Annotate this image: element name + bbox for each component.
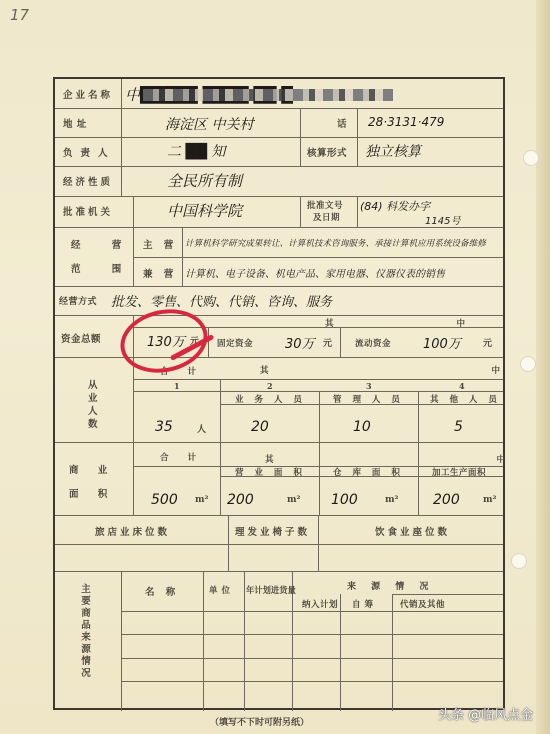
employees-label-3: 人 <box>88 403 98 417</box>
business-scope-label-2: 范 围 <box>71 261 135 275</box>
area-label-2: 面 积 <box>69 486 115 500</box>
accounting-form-value: 独立核算 <box>365 141 421 161</box>
enterprise-name-label: 企业名称 <box>63 87 113 101</box>
area-col-label-3: 仓 库 面 积 <box>333 466 404 478</box>
employees-of-which: 其 中 <box>260 364 550 376</box>
goods-name-header: 名 称 <box>145 584 179 598</box>
fixed-capital-value: 30万 <box>285 333 315 352</box>
goods-label-char: 情 <box>81 656 91 668</box>
area-warehouse-value: 100 <box>331 492 358 508</box>
working-capital-value: 100万 <box>423 333 461 352</box>
area-total-value: 500 <box>151 492 178 508</box>
capital-total-label: 资金总额 <box>61 331 101 345</box>
address-label: 地 址 <box>63 116 115 130</box>
goods-label-char: 品 <box>81 620 91 632</box>
goods-unit-header: 单 位 <box>209 584 230 596</box>
goods-label-char: 况 <box>81 668 91 680</box>
goods-label-char: 要 <box>81 596 91 608</box>
accounting-form-label: 核算形式 <box>307 145 347 159</box>
barber-chairs-label: 理发业椅子数 <box>235 524 310 538</box>
phone-label: 话 <box>337 116 347 130</box>
hotel-beds-label: 旅店业床位数 <box>95 524 170 538</box>
economic-nature-label: 经济性质 <box>63 174 113 188</box>
goods-label-char: 主 <box>81 584 91 596</box>
working-capital-label: 流动资金 <box>355 337 391 349</box>
goods-self-raised-header: 自 筹 <box>352 598 373 610</box>
area-col-label-4: 加工生产面积 <box>432 466 486 478</box>
employees-management-value: 10 <box>353 419 371 435</box>
secondary-business-value: 计算机、电子设备、机电产品、家用电器、仪器仪表的销售 <box>185 265 445 280</box>
area-col-label-2: 营 业 面 积 <box>235 466 306 478</box>
capital-of-which-label: 其 中 <box>325 317 525 329</box>
secondary-business-label: 兼 营 <box>143 266 177 280</box>
employees-col-num-2: 2 <box>267 381 273 391</box>
approval-doc-label-1: 批准文号 <box>307 199 343 211</box>
approval-authority-value: 中国科学院 <box>167 200 242 221</box>
address-value: 海淀区 中关村 <box>165 114 253 134</box>
area-production-unit: m² <box>483 495 496 505</box>
goods-label-char: 商 <box>81 608 91 620</box>
business-mode-label: 经营方式 <box>59 294 97 307</box>
economic-nature-value: 全民所有制 <box>167 170 242 191</box>
phone-value: 28·3131·479 <box>368 115 444 129</box>
fixed-capital-unit: 元 <box>323 336 332 349</box>
main-business-label: 主 营 <box>143 237 177 251</box>
restaurant-seats-label: 饮食业座位数 <box>375 524 450 538</box>
approval-doc-label-2: 及日期 <box>313 211 340 223</box>
approval-doc-value-1: (84) 科发办字 <box>360 198 430 214</box>
approval-authority-label: 批准机关 <box>63 204 113 218</box>
watermark: 头条 @临风点金 <box>438 704 533 723</box>
footnote: （填写不下时可附另纸） <box>210 715 309 728</box>
employees-col-label-4: 其 他 人 员 <box>430 393 501 405</box>
person-in-charge-label: 负责人 <box>63 145 116 159</box>
employees-col-num-3: 3 <box>366 381 372 391</box>
employees-label-2: 业 <box>88 390 98 404</box>
area-label-1: 商 业 <box>69 462 115 476</box>
area-total-header: 合 计 <box>160 451 204 463</box>
goods-consignment-header: 代销及其他 <box>400 598 445 610</box>
goods-label-char: 来 <box>81 632 91 644</box>
main-business-value: 计算机科学研究成果转让、计算机技术咨询服务、承接计算机应用系统设备维修 <box>185 237 486 249</box>
registration-form: 企业名称 中█████ ████ ██ █ 地 址 海淀区 中关村 话 28·3… <box>53 77 505 710</box>
goods-label-char: 源 <box>81 644 91 656</box>
working-capital-unit: 元 <box>483 336 492 349</box>
page-number: 17 <box>10 6 29 24</box>
employees-label-1: 从 <box>88 377 98 391</box>
punch-hole <box>511 553 527 569</box>
person-in-charge-value: 二 ██ 知 <box>167 141 225 161</box>
employees-col-num-1: 1 <box>174 381 180 391</box>
approval-doc-value-2: 1145号 <box>425 212 460 227</box>
employees-col-label-3: 管 理 人 员 <box>333 393 404 405</box>
redaction <box>143 89 393 101</box>
business-mode-value: 批发、零售、代购、代销、咨询、服务 <box>111 291 332 310</box>
goods-source-header: 来 源 情 况 <box>347 579 434 592</box>
employees-other-value: 5 <box>454 419 463 435</box>
employees-label-4: 数 <box>88 416 98 430</box>
business-scope-label-1: 经 营 <box>71 237 135 251</box>
goods-source-label: 主 要 商 品 来 源 情 况 <box>79 584 93 680</box>
area-total-unit: m² <box>195 495 208 505</box>
employees-col-num-4: 4 <box>459 381 465 391</box>
punch-hole <box>523 150 539 166</box>
area-business-unit: m² <box>287 495 300 505</box>
employees-total-value: 35 <box>155 419 173 435</box>
employees-business-value: 20 <box>251 419 269 435</box>
goods-planned-header: 纳入计划 <box>302 598 338 610</box>
area-of-which: 其 中 <box>265 453 550 465</box>
goods-annual-plan-header: 年计划进货量 <box>246 584 296 596</box>
area-production-value: 200 <box>433 492 460 508</box>
area-business-value: 200 <box>227 492 254 508</box>
employees-total-unit: 人 <box>197 422 206 435</box>
fixed-capital-label: 固定资金 <box>217 337 253 349</box>
employees-col-label-2: 业 务 人 员 <box>235 393 306 405</box>
area-warehouse-unit: m² <box>385 495 398 505</box>
